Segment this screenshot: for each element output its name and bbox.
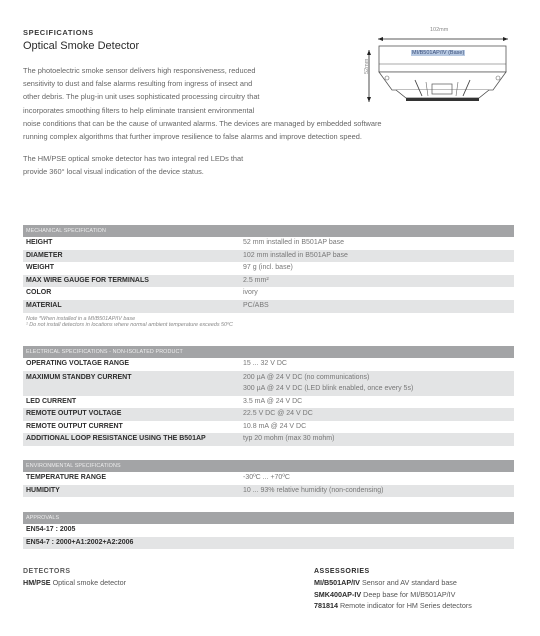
section-eyebrow: SPECIFICATIONS [23, 28, 94, 37]
note-line: ¹ Do not install detectors in locations … [26, 322, 514, 328]
description-paragraph-2: The HM/PSE optical smoke detector has tw… [23, 152, 473, 178]
table-row: MAXIMUM STANDBY CURRENT200 µA @ 24 V DC … [23, 371, 514, 396]
table-row: WEIGHT97 g (incl. base) [23, 262, 514, 275]
table-row: LED CURRENT3.5 mA @ 24 V DC [23, 396, 514, 409]
table-header: ENVIRONMENTAL SPECIFICATIONS [23, 460, 514, 472]
accessories-heading: ASSESSORIES [314, 566, 472, 577]
page-title: Optical Smoke Detector [23, 40, 139, 52]
table-row: REMOTE OUTPUT VOLTAGE22.5 V DC @ 24 V DC [23, 408, 514, 421]
table-row: EN54-17 : 2005 [23, 524, 514, 537]
list-item: MI/B501AP/IV Sensor and AV standard base [314, 577, 472, 588]
list-item: SMK400AP-IV Deep base for MI/B501AP/IV [314, 589, 472, 600]
table-row: DIAMETER102 mm installed in B501AP base [23, 250, 514, 263]
table-row: MAX WIRE GAUGE FOR TERMINALS2.5 mm² [23, 275, 514, 288]
width-dimension-label: 102mm [430, 27, 448, 33]
table-notes: Note *When installed in a MI/B501AP/IV b… [23, 313, 514, 328]
list-item: 781814 Remote indicator for HM Series de… [314, 600, 472, 611]
height-dimension-label: 52mm [364, 59, 370, 74]
desc-line: The HM/PSE optical smoke detector has tw… [23, 152, 473, 165]
list-item: HM/PSE Optical smoke detector [23, 577, 126, 588]
electrical-spec-table: ELECTRICAL SPECIFICATIONS - NON-ISOLATED… [23, 346, 514, 446]
table-row: ADDITIONAL LOOP RESISTANCE USING THE B50… [23, 433, 514, 446]
table-row: MATERIALPC/ABS [23, 300, 514, 313]
table-row: REMOTE OUTPUT CURRENT10.8 mA @ 24 V DC [23, 421, 514, 434]
approvals-table: APPROVALS EN54-17 : 2005 EN54-7 : 2000+A… [23, 512, 514, 549]
table-row: OPERATING VOLTAGE RANGE15 ... 32 V DC [23, 358, 514, 371]
table-row: COLORivory [23, 287, 514, 300]
environmental-spec-table: ENVIRONMENTAL SPECIFICATIONS TEMPERATURE… [23, 460, 514, 497]
accessories-list: ASSESSORIES MI/B501AP/IV Sensor and AV s… [314, 566, 472, 611]
detector-dimension-diagram: 102mm 52mm MI/B501AP/IV (Base) [360, 22, 530, 112]
table-row: TEMPERATURE RANGE-30ºC ... +70ºC [23, 472, 514, 485]
base-label: MI/B501AP/IV (Base) [411, 50, 465, 56]
desc-line: provide 360° local visual indication of … [23, 165, 473, 178]
mechanical-spec-table: MECHANICAL SPECIFICATION HEIGHT52 mm ins… [23, 225, 514, 328]
table-row: HUMIDITY10 ... 93% relative humidity (no… [23, 485, 514, 498]
desc-line: running complex algorithms that further … [23, 130, 473, 143]
table-header: APPROVALS [23, 512, 514, 524]
detectors-heading: DETECTORS [23, 566, 126, 577]
table-row: HEIGHT52 mm installed in B501AP base [23, 237, 514, 250]
table-header: ELECTRICAL SPECIFICATIONS - NON-ISOLATED… [23, 346, 514, 358]
table-header: MECHANICAL SPECIFICATION [23, 225, 514, 237]
detector-drawing-icon [360, 22, 530, 112]
desc-line: noise conditions that can be the cause o… [23, 117, 473, 130]
table-row: EN54-7 : 2000+A1:2002+A2:2006 [23, 537, 514, 550]
detectors-list: DETECTORS HM/PSE Optical smoke detector [23, 566, 126, 589]
